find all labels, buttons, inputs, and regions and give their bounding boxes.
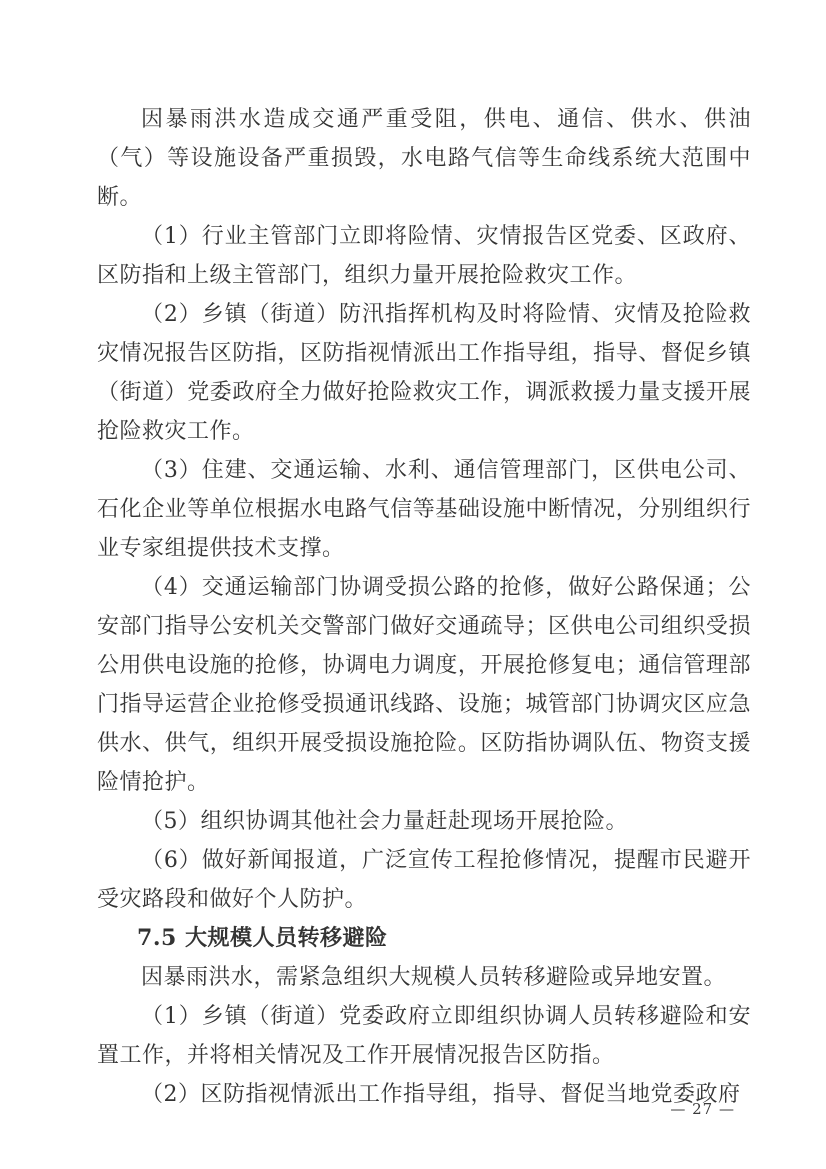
- document-page: 因暴雨洪水造成交通严重受阻，供电、通信、供水、供油（气）等设施设备严重损毁，水电…: [0, 0, 826, 1169]
- document-body: 因暴雨洪水造成交通严重受阻，供电、通信、供水、供油（气）等设施设备严重损毁，水电…: [97, 100, 751, 1114]
- paragraph-7-5-item-1: （1）乡镇（街道）党委政府立即组织协调人员转移避险和安置工作，并将相关情况及工作…: [97, 997, 751, 1075]
- paragraph-7-4-intro: 因暴雨洪水造成交通严重受阻，供电、通信、供水、供油（气）等设施设备严重损毁，水电…: [97, 100, 751, 217]
- paragraph-7-4-item-6: （6）做好新闻报道，广泛宣传工程抢修情况，提醒市民避开受灾路段和做好个人防护。: [97, 841, 751, 919]
- paragraph-7-4-item-1: （1）行业主管部门立即将险情、灾情报告区党委、区政府、区防指和上级主管部门，组织…: [97, 217, 751, 295]
- paragraph-7-4-item-5: （5）组织协调其他社会力量赶赴现场开展抢险。: [97, 802, 751, 841]
- paragraph-7-4-item-4: （4）交通运输部门协调受损公路的抢修，做好公路保通；公安部门指导公安机关交警部门…: [97, 568, 751, 802]
- paragraph-7-5-intro: 因暴雨洪水，需紧急组织大规模人员转移避险或异地安置。: [97, 958, 751, 997]
- section-heading-7-5: 7.5 大规模人员转移避险: [97, 919, 751, 958]
- paragraph-7-4-item-2: （2）乡镇（街道）防汛指挥机构及时将险情、灾情及抢险救灾情况报告区防指，区防指视…: [97, 295, 751, 451]
- paragraph-7-5-item-2: （2）区防指视情派出工作指导组，指导、督促当地党委政府: [97, 1075, 751, 1114]
- paragraph-7-4-item-3: （3）住建、交通运输、水利、通信管理部门，区供电公司、石化企业等单位根据水电路气…: [97, 451, 751, 568]
- page-footer: — 27 —: [670, 1098, 735, 1120]
- page-number: — 27 —: [670, 1100, 735, 1118]
